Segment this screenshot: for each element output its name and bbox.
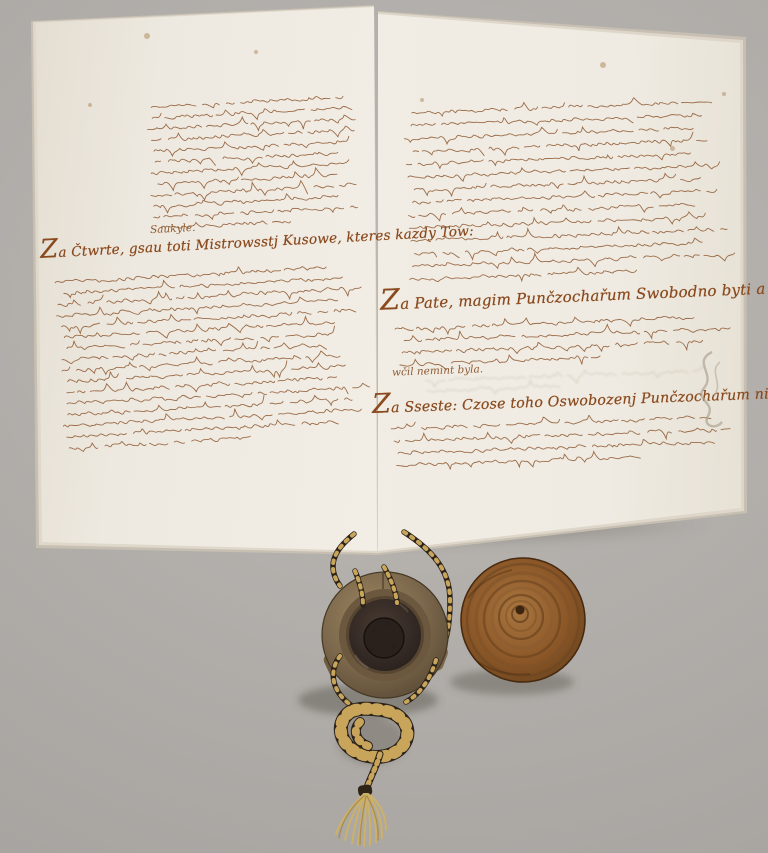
seal-shadows <box>298 669 574 764</box>
cord-front-strands <box>333 567 436 706</box>
capsule-lug-left <box>322 649 348 678</box>
lid-knot <box>516 606 525 615</box>
foxing-spot <box>420 98 424 102</box>
left-bottom-paragraph <box>53 259 373 457</box>
foxing-spot <box>600 62 606 68</box>
right-top-paragraph <box>401 94 738 291</box>
wax-texture <box>371 623 396 652</box>
cord-knot <box>341 709 408 757</box>
foxing-spot <box>254 50 258 54</box>
capsule-lid <box>461 558 585 682</box>
wax-seal <box>349 599 421 671</box>
lid-rings <box>467 564 579 676</box>
foxing-spot <box>88 103 92 107</box>
embossed-flourish-mark <box>682 348 732 434</box>
capsule-lug-right <box>422 641 450 672</box>
open-manuscript-book: Saukyle. Za Čtwrte, gsau toti Mistrowsst… <box>28 4 752 564</box>
seal-capsule <box>322 572 450 698</box>
foxing-spot <box>722 92 726 96</box>
cord-braid <box>366 754 380 790</box>
foxing-spot <box>144 33 150 39</box>
left-paragraph-end-word: Saukyle. <box>150 222 196 236</box>
tassel <box>336 784 386 846</box>
wax-seal-impression <box>364 618 404 658</box>
left-top-paragraph <box>145 91 364 238</box>
foxing-spot <box>670 146 675 151</box>
tassel-wrap <box>357 784 372 797</box>
